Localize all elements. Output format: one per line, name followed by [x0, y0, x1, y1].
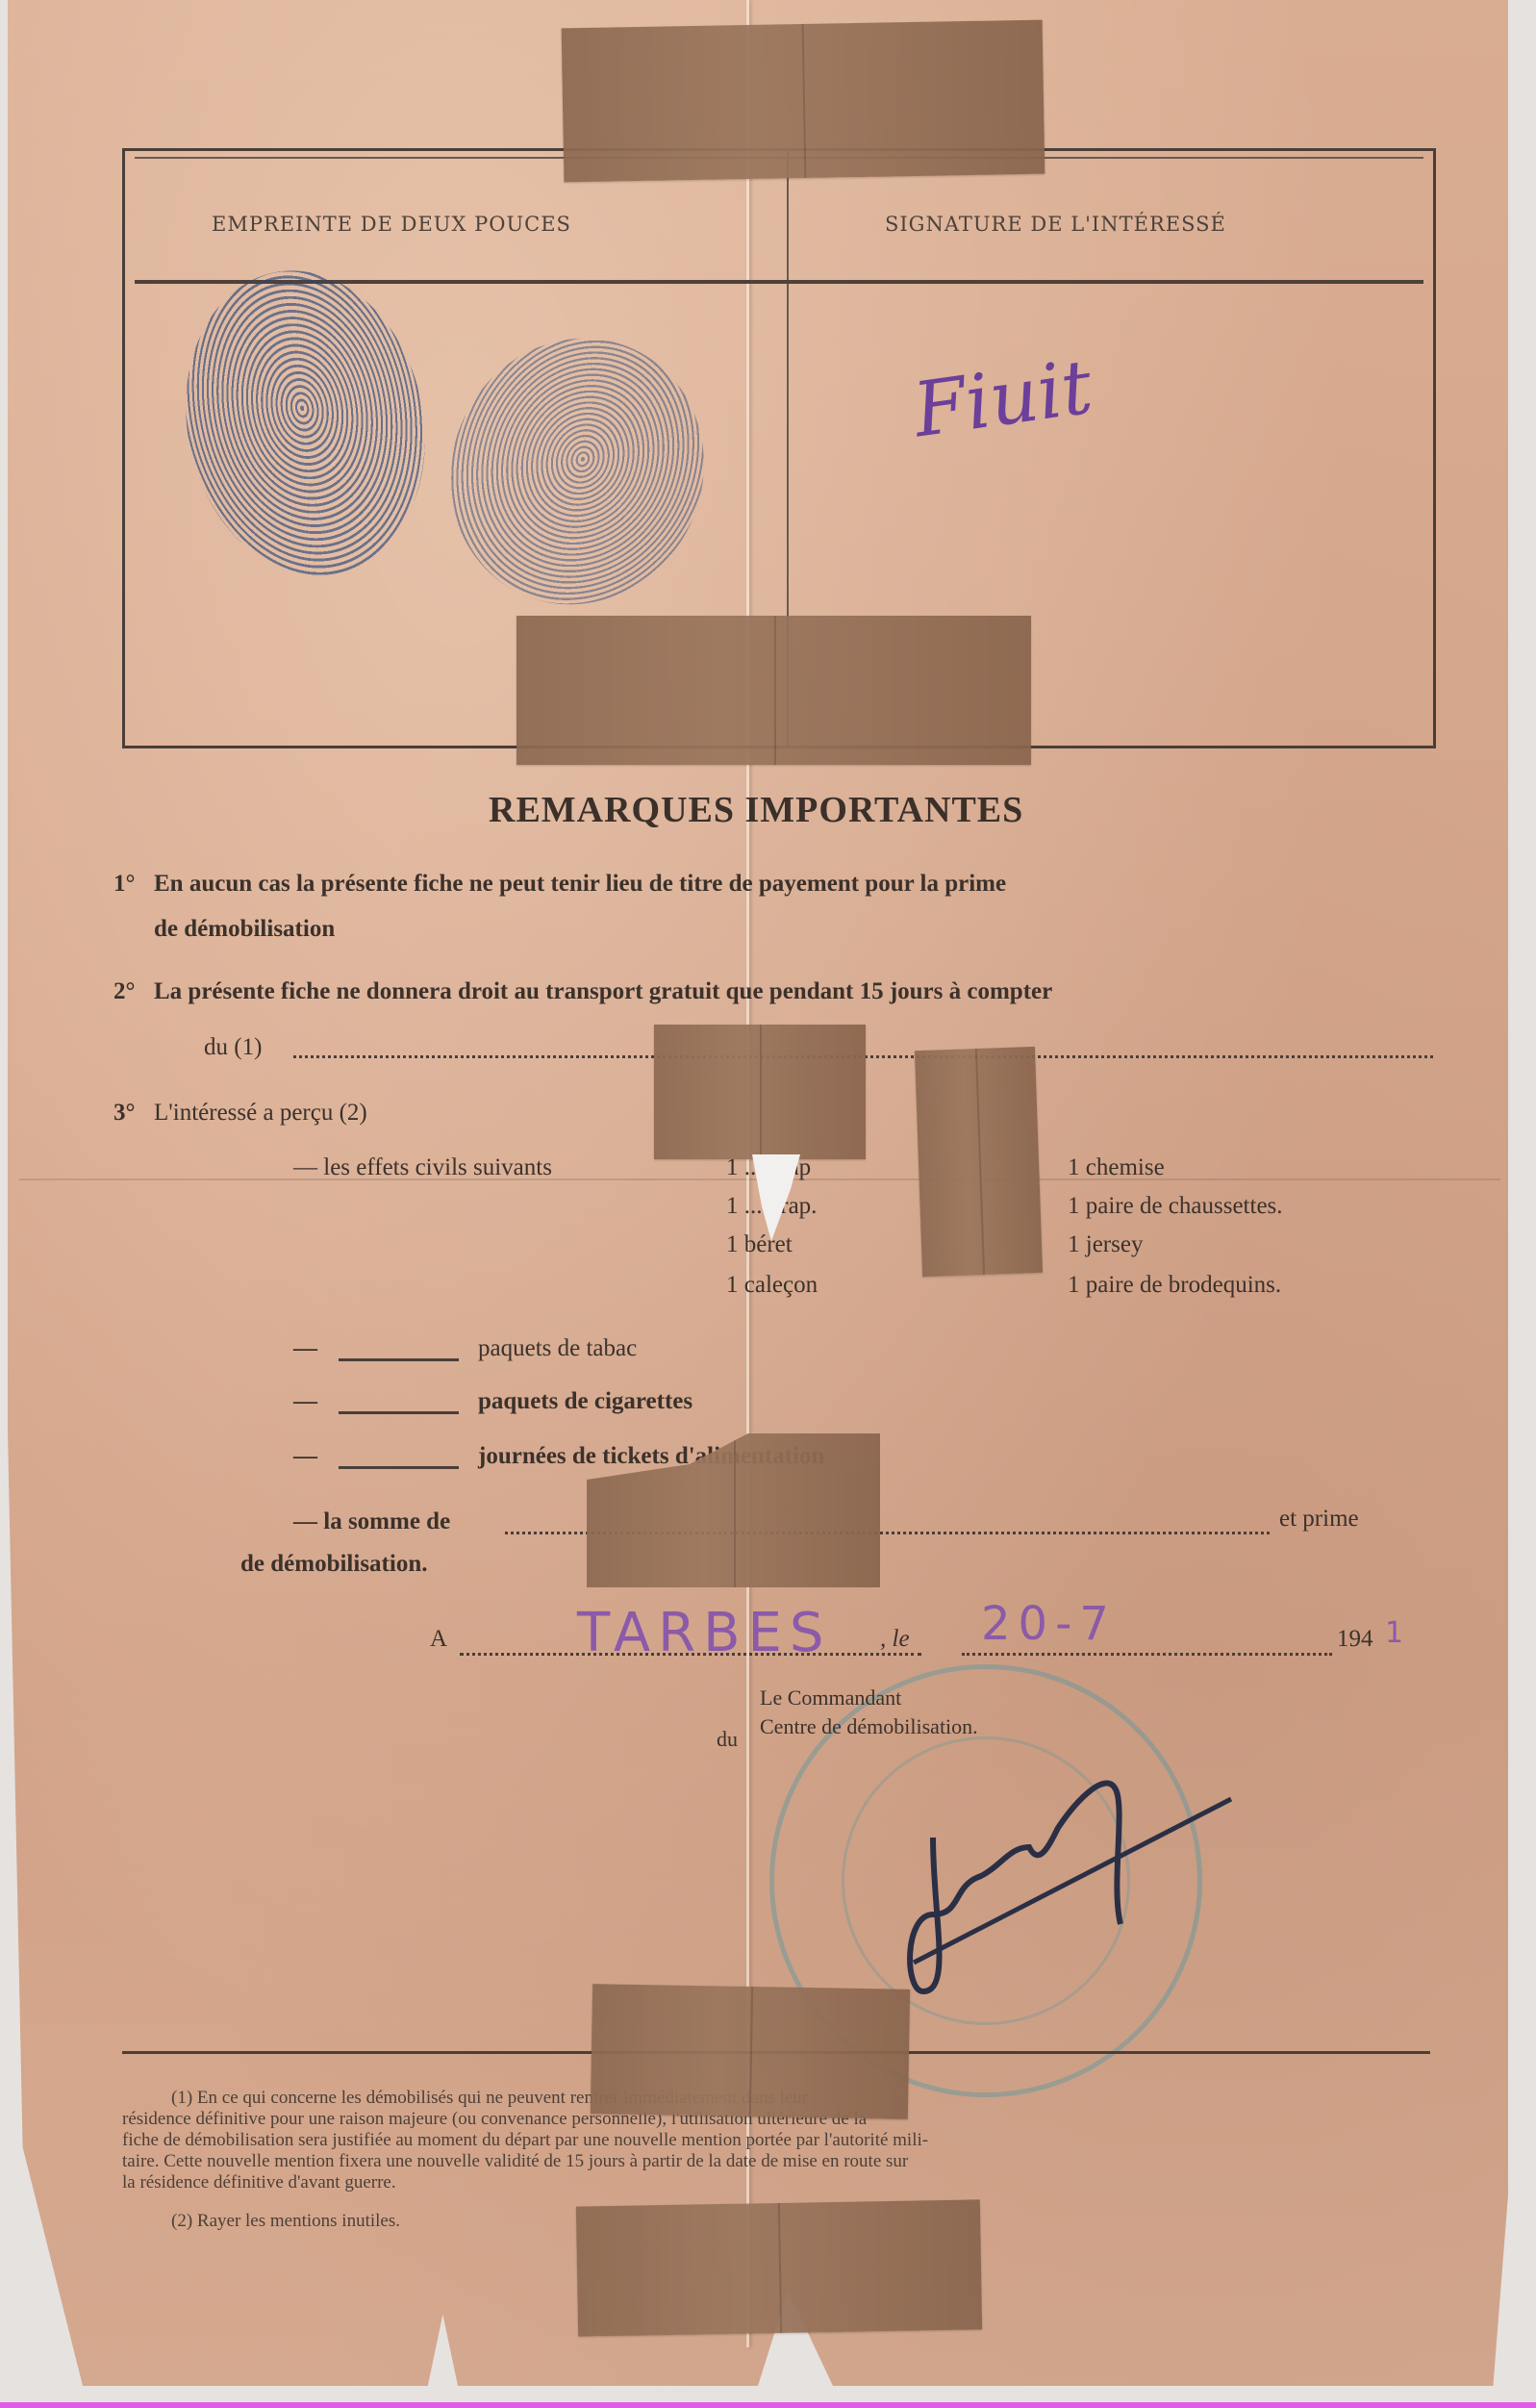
remark-3-line1: L'intéressé a perçu (2)	[154, 1100, 367, 1127]
civil-item: 1 béret	[726, 1231, 793, 1258]
remark-2-line2: du (1)	[204, 1034, 262, 1061]
tape-strip	[562, 20, 1045, 183]
scanner-edge	[0, 2402, 1536, 2408]
received-tobacco: paquets de tabac	[478, 1335, 637, 1362]
remark-1-number: 1°	[113, 871, 136, 898]
place-prefix: A	[430, 1626, 447, 1653]
footnote-1: fiche de démobilisation sera justifiée a…	[122, 2130, 928, 2151]
civil-item: 1 paire de brodequins.	[1068, 1272, 1281, 1299]
year-prefix: 194	[1337, 1626, 1373, 1653]
signature-label: SIGNATURE DE L'INTÉRESSÉ	[885, 213, 1226, 236]
footnote-1: la résidence définitive d'avant guerre.	[122, 2172, 396, 2193]
commander-du: du	[717, 1727, 738, 1752]
remark-1-line1: En aucun cas la présente fiche ne peut t…	[154, 871, 1006, 898]
civil-item: 1 caleçon	[726, 1272, 818, 1299]
remark-2-line1: La présente fiche ne donnera droit au tr…	[154, 978, 1052, 1005]
tape-strip	[915, 1047, 1043, 1277]
tape-strip	[516, 616, 1031, 765]
sum-suffix: et prime	[1279, 1506, 1359, 1533]
civil-item: 1 jersey	[1068, 1231, 1143, 1258]
footnote-1: taire. Cette nouvelle mention fixera une…	[122, 2151, 908, 2172]
tobacco-qty-field	[339, 1358, 459, 1361]
commander-line1: Le Commandant	[760, 1686, 901, 1711]
commander-signature-icon	[894, 1770, 1260, 2001]
civil-item: 1 paire de chaussettes.	[1068, 1193, 1283, 1220]
cigarettes-qty-field	[339, 1411, 459, 1414]
commander-line2: Centre de démobilisation.	[760, 1714, 978, 1739]
year-suffix: 1	[1385, 1616, 1411, 1650]
civil-effects-label: — les effets civils suivants	[293, 1154, 552, 1181]
tape-strip	[591, 1984, 910, 2119]
remark-3-number: 3°	[113, 1100, 136, 1127]
remarks-heading: REMARQUES IMPORTANTES	[489, 789, 1023, 831]
date-handwritten: 20-7	[981, 1597, 1117, 1651]
received-cigarettes: paquets de cigarettes	[478, 1388, 692, 1415]
tickets-qty-field	[339, 1466, 459, 1469]
remark-1-line2: de démobilisation	[154, 916, 335, 943]
thumbprint-label: EMPREINTE DE DEUX POUCES	[212, 213, 571, 236]
sum-label: — la somme de	[293, 1508, 450, 1535]
sum-line2: de démobilisation.	[240, 1551, 427, 1578]
tape-strip	[576, 2199, 982, 2336]
date-le: , le	[880, 1626, 910, 1653]
place-handwritten: TARBES	[577, 1602, 831, 1664]
footnote-2: (2) Rayer les mentions inutiles.	[171, 2211, 400, 2232]
civil-item: 1 chemise	[1068, 1154, 1165, 1181]
tape-strip	[654, 1025, 866, 1159]
remark-2-number: 2°	[113, 978, 136, 1005]
